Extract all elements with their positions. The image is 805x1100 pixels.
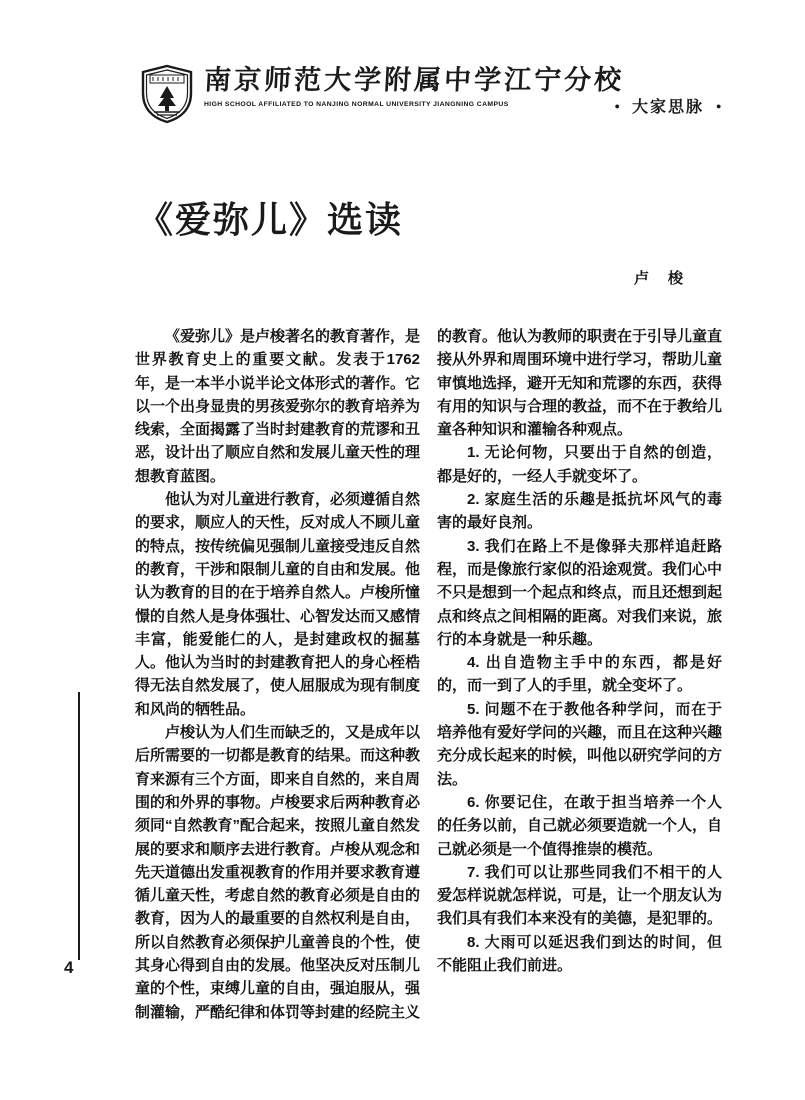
quote-2: 2. 家庭生活的乐趣是抵抗坏风气的毒害的最好良剂。 <box>437 488 722 535</box>
quote-7: 7. 我们可以让那些同我们不相干的人爱怎样说就怎样说，可是，让一个朋友认为我们具… <box>437 861 722 931</box>
school-name-english: HIGH SCHOOL AFFILIATED TO NANJING NORMAL… <box>204 101 624 108</box>
quote-1: 1. 无论何物，只要出于自然的创造，都是好的，一经人手就变坏了。 <box>437 441 722 488</box>
quote-5: 5. 问题不在于教他各种学问，而在于培养他有爱好学问的兴趣，而且在这种兴趣充分成… <box>437 698 722 791</box>
quote-3: 3. 我们在路上不是像驿夫那样追赶路程，而是像旅行家似的沿途观赏。我们心中不只是… <box>437 535 722 651</box>
paragraph-intro-1: 《爱弥儿》是卢梭著名的教育著作，是世界教育史上的重要文献。发表于1762年，是一… <box>135 325 420 488</box>
quote-8: 8. 大雨可以延迟我们到达的时间，但不能阻止我们前进。 <box>437 931 722 978</box>
quote-6: 6. 你要记住，在敢于担当培养一个人的任务以前，自己就必须要造就一个人，自己就必… <box>437 791 722 861</box>
school-identity: 南京师范大学附属中学江宁分校 HIGH SCHOOL AFFILIATED TO… <box>204 64 624 108</box>
article-title: 《爱弥儿》选读 <box>137 192 403 243</box>
document-page: 南京师范大学附属中学江宁分校 HIGH SCHOOL AFFILIATED TO… <box>0 0 805 1100</box>
school-name-chinese: 南京师范大学附属中学江宁分校 <box>203 64 625 98</box>
school-crest-icon <box>140 64 194 124</box>
page-number: 4 <box>64 958 73 978</box>
article-body: 《爱弥儿》是卢梭著名的教育著作，是世界教育史上的重要文献。发表于1762年，是一… <box>135 325 722 1027</box>
paragraph-intro-2: 他认为对儿童进行教育，必须遵循自然的要求，顺应人的天性，反对成人不顾儿童的特点，… <box>135 488 420 721</box>
margin-rule <box>78 692 80 960</box>
article-author: 卢 梭 <box>435 267 701 288</box>
series-bullet-right: ● <box>716 98 721 114</box>
series-title: 大家思脉 <box>632 94 704 117</box>
series-bullet-left: ● <box>615 98 620 114</box>
series-banner: ● 大家思脉 ● <box>598 94 738 117</box>
page-header: 南京师范大学附属中学江宁分校 HIGH SCHOOL AFFILIATED TO… <box>140 64 624 124</box>
quote-4: 4. 出自造物主手中的东西，都是好的，而一到了人的手里，就全变坏了。 <box>437 651 722 698</box>
